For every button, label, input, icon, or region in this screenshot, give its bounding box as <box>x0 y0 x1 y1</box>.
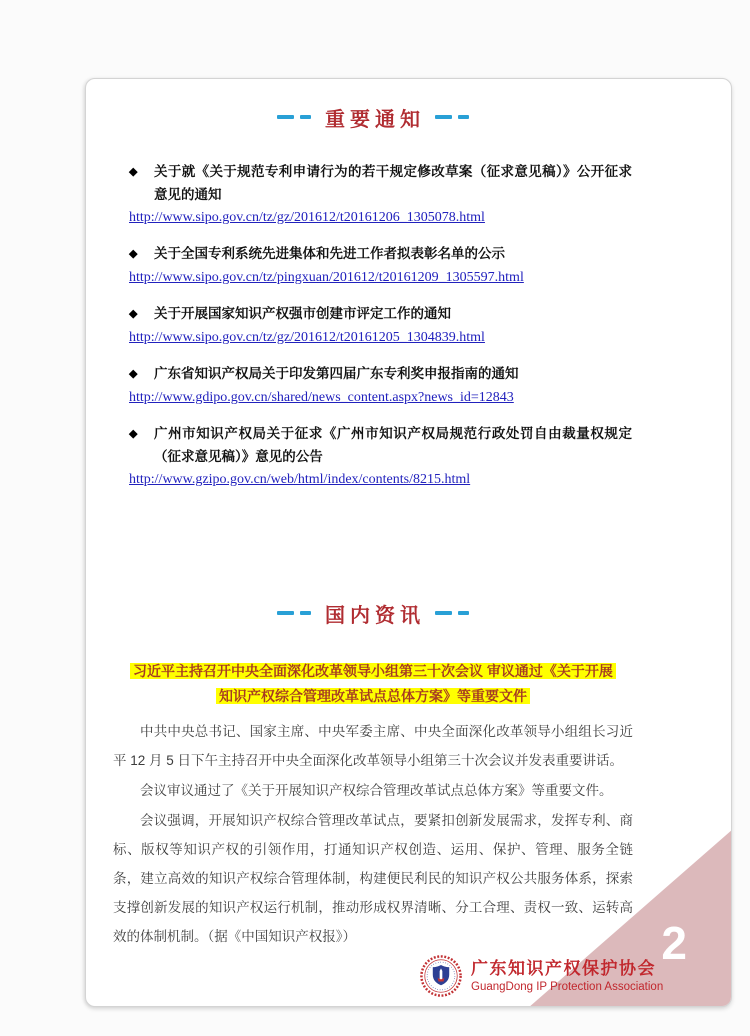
notice-item: ◆ 关于开展国家知识产权强市创建市评定工作的通知 http://www.sipo… <box>129 302 632 348</box>
notice-item: ◆ 广东省知识产权局关于印发第四届广东专利奖申报指南的通知 http://www… <box>129 362 632 408</box>
notice-title: 关于开展国家知识产权强市创建市评定工作的通知 <box>154 302 632 326</box>
notice-item: ◆ 关于全国专利系统先进集体和先进工作者拟表彰名单的公示 http://www.… <box>129 242 632 288</box>
notice-title: 关于就《关于规范专利申请行为的若干规定修改草案（征求意见稿）》公开征求意见的通知 <box>154 160 632 206</box>
notice-link[interactable]: http://www.sipo.gov.cn/tz/gz/201612/t201… <box>129 328 485 348</box>
notices-section-header: 重要通知 <box>113 104 633 130</box>
notice-title: 广东省知识产权局关于印发第四届广东专利奖申报指南的通知 <box>154 362 632 386</box>
association-logo-icon <box>420 955 462 997</box>
diamond-bullet-icon: ◆ <box>129 422 154 468</box>
notices-section-title: 重要通知 <box>325 103 425 132</box>
dash-decoration-right <box>435 115 469 119</box>
notice-item: ◆ 广州市知识产权局关于征求《广州市知识产权局规范行政处罚自由裁量权规定（征求意… <box>129 422 632 490</box>
headline-line-1: 习近平主持召开中央全面深化改革领导小组第三十次会议 审议通过《关于开展 <box>130 663 616 679</box>
page-number: 2 <box>661 920 687 966</box>
news-paragraph: 中共中央总书记、国家主席、中央军委主席、中央全面深化改革领导小组组长习近平 12… <box>113 717 633 775</box>
notice-title: 关于全国专利系统先进集体和先进工作者拟表彰名单的公示 <box>154 242 632 266</box>
dash-decoration-right <box>435 611 469 615</box>
diamond-bullet-icon: ◆ <box>129 160 154 206</box>
news-paragraph: 会议强调，开展知识产权综合管理改革试点，要紧扣创新发展需求，发挥专利、商标、版权… <box>113 806 633 951</box>
diamond-bullet-icon: ◆ <box>129 302 154 326</box>
headline-line-2: 知识产权综合管理改革试点总体方案》等重要文件 <box>216 688 530 704</box>
notice-link[interactable]: http://www.sipo.gov.cn/tz/pingxuan/20161… <box>129 268 524 288</box>
dash-decoration-left <box>277 115 311 119</box>
footer: 广东知识产权保护协会 GuangDong IP Protection Assoc… <box>420 955 663 997</box>
diamond-bullet-icon: ◆ <box>129 242 154 266</box>
notice-link[interactable]: http://www.gzipo.gov.cn/web/html/index/c… <box>129 470 470 490</box>
news-section-header: 国内资讯 <box>113 600 633 626</box>
dash-decoration-left <box>277 611 311 615</box>
association-name-en: GuangDong IP Protection Association <box>471 980 663 994</box>
notice-item: ◆ 关于就《关于规范专利申请行为的若干规定修改草案（征求意见稿）》公开征求意见的… <box>129 160 632 228</box>
newsletter-page: 重要通知 ◆ 关于就《关于规范专利申请行为的若干规定修改草案（征求意见稿）》公开… <box>85 78 732 1007</box>
association-name-cn: 广东知识产权保护协会 <box>471 958 663 980</box>
news-section-title: 国内资讯 <box>325 599 425 628</box>
notice-title: 广州市知识产权局关于征求《广州市知识产权局规范行政处罚自由裁量权规定（征求意见稿… <box>154 422 632 468</box>
notice-link[interactable]: http://www.sipo.gov.cn/tz/gz/201612/t201… <box>129 208 485 228</box>
notices-list: ◆ 关于就《关于规范专利申请行为的若干规定修改草案（征求意见稿）》公开征求意见的… <box>129 160 632 490</box>
news-article: 中共中央总书记、国家主席、中央军委主席、中央全面深化改革领导小组组长习近平 12… <box>113 717 633 951</box>
diamond-bullet-icon: ◆ <box>129 362 154 386</box>
news-headline: 习近平主持召开中央全面深化改革领导小组第三十次会议 审议通过《关于开展 知识产权… <box>113 659 633 709</box>
notice-link[interactable]: http://www.gdipo.gov.cn/shared/news_cont… <box>129 388 514 408</box>
news-paragraph: 会议审议通过了《关于开展知识产权综合管理改革试点总体方案》等重要文件。 <box>113 776 633 805</box>
